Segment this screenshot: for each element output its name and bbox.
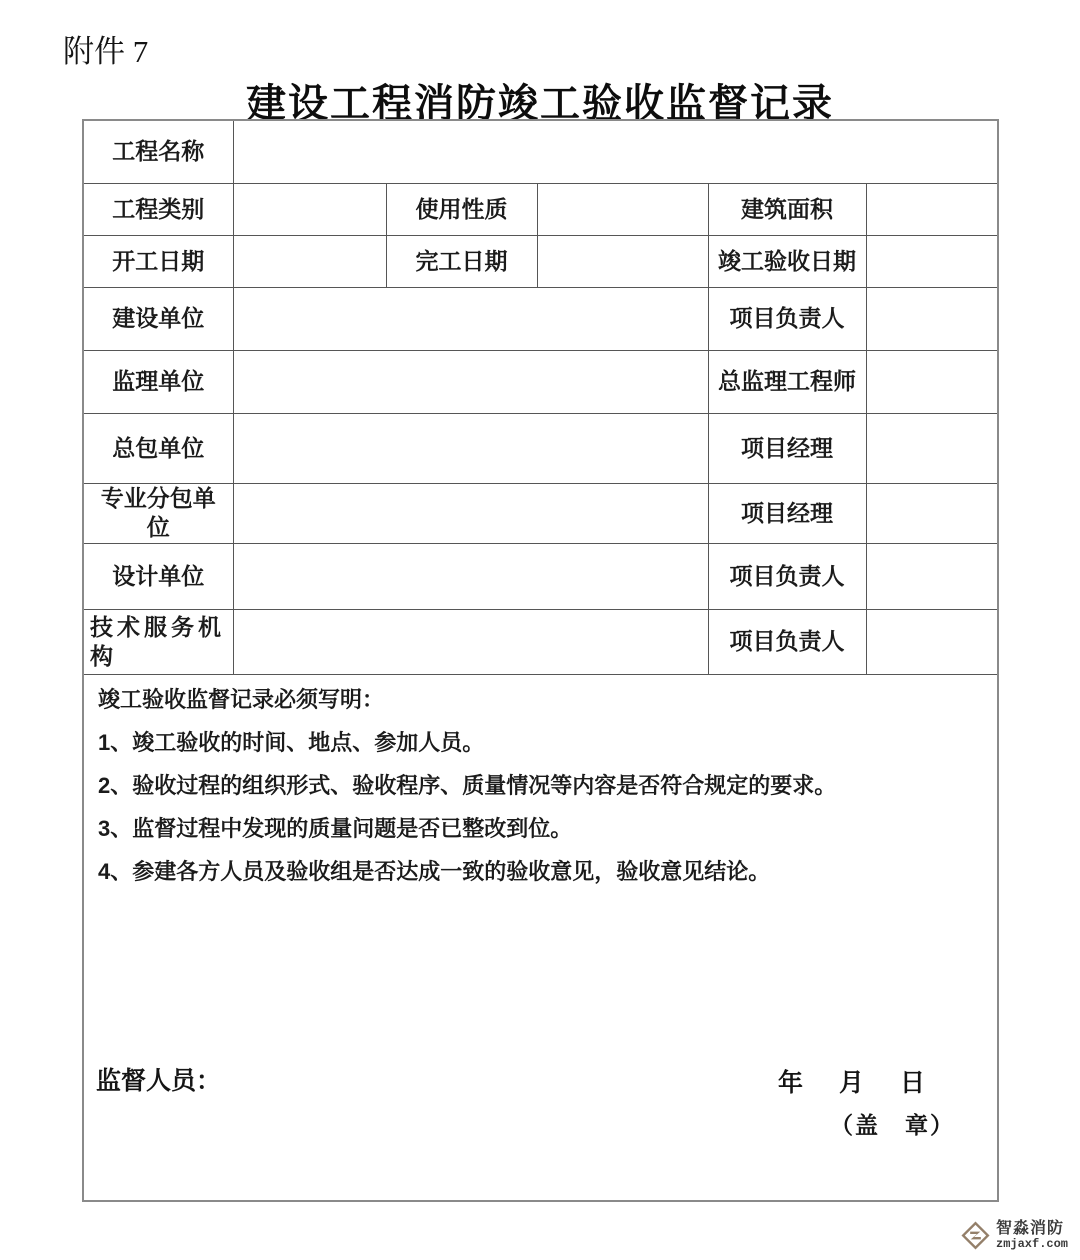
note-item-1: 1、竣工验收的时间、地点、参加人员。 [98,730,983,756]
building-area-value-cell [866,183,998,235]
date-month-label: 月 [839,1063,864,1099]
supervision-unit-value-cell [233,350,708,413]
usage-nature-label: 使用性质 [386,183,537,235]
project-leader-label: 项目负责人 [708,287,866,350]
table-row: 技术服务机构 项目负责人 [83,609,998,674]
notes-heading: 竣工验收监督记录必须写明： [98,687,983,713]
design-unit-label: 设计单位 [83,543,233,609]
table-row: 建设单位 项目负责人 [83,287,998,350]
start-date-label: 开工日期 [83,235,233,287]
watermark-text: 智淼消防 zmjaxf.com [996,1221,1068,1250]
design-leader-label: 项目负责人 [708,543,866,609]
note-item-4: 4、参建各方人员及验收组是否达成一致的验收意见，验收意见结论。 [98,859,983,885]
supervision-unit-label: 监理单位 [83,350,233,413]
table-row: 开工日期 完工日期 竣工验收日期 [83,235,998,287]
supervisor-label: 监督人员： [96,1061,221,1097]
note-item-2: 2、验收过程的组织形式、验收程序、质量情况等内容是否符合规定的要求。 [98,773,983,799]
project-name-value-cell [233,120,998,183]
building-area-label: 建筑面积 [708,183,866,235]
table-row: 工程名称 [83,120,998,183]
subcontractor-label: 专业分包单位 [83,483,233,543]
project-category-value-cell [233,183,386,235]
usage-nature-value-cell [537,183,708,235]
design-leader-value-cell [866,543,998,609]
note-item-3: 3、监督过程中发现的质量问题是否已整改到位。 [98,816,983,842]
subcontractor-value-cell [233,483,708,543]
date-line: 年 月 日 [778,1063,925,1099]
brand-site: zmjaxf.com [996,1238,1068,1251]
table-row: 监理单位 总监理工程师 [83,350,998,413]
notes-cell: 竣工验收监督记录必须写明： 1、竣工验收的时间、地点、参加人员。 2、验收过程的… [83,674,998,1201]
tech-service-leader-value-cell [866,609,998,674]
brand-diamond-icon [960,1220,991,1251]
general-contractor-label: 总包单位 [83,413,233,483]
tech-service-label: 技术服务机构 [83,609,233,674]
construction-unit-value-cell [233,287,708,350]
acceptance-date-value-cell [866,235,998,287]
start-date-value-cell [233,235,386,287]
acceptance-record-table: 工程名称 工程类别 使用性质 建筑面积 开工日期 完工日期 竣工验收日期 建设 [82,119,999,1202]
document-page: 附件 7 建设工程消防竣工验收监督记录 工程名称 工程类别 使用性质 建筑面积 … [0,0,1080,1260]
tech-service-leader-label: 项目负责人 [708,609,866,674]
table-row: 专业分包单位 项目经理 [83,483,998,543]
watermark: 智淼消防 zmjaxf.com [960,1220,1068,1251]
table-row: 工程类别 使用性质 建筑面积 [83,183,998,235]
project-leader-value-cell [866,287,998,350]
date-year-label: 年 [778,1063,803,1099]
construction-unit-label: 建设单位 [83,287,233,350]
general-contractor-value-cell [233,413,708,483]
tech-service-value-cell [233,609,708,674]
design-unit-value-cell [233,543,708,609]
completion-date-value-cell [537,235,708,287]
date-day-label: 日 [900,1063,925,1099]
contractor-project-manager-value-cell [866,413,998,483]
chief-supervision-engineer-value-cell [866,350,998,413]
chief-supervision-engineer-label: 总监理工程师 [708,350,866,413]
attachment-number: 附件 7 [63,26,148,71]
seal-placeholder: （盖 章） [830,1107,955,1140]
project-name-label: 工程名称 [83,120,233,183]
project-category-label: 工程类别 [83,183,233,235]
table-row: 设计单位 项目负责人 [83,543,998,609]
contractor-project-manager-label: 项目经理 [708,413,866,483]
acceptance-date-label: 竣工验收日期 [708,235,866,287]
table-row: 竣工验收监督记录必须写明： 1、竣工验收的时间、地点、参加人员。 2、验收过程的… [83,674,998,1201]
subcontractor-manager-value-cell [866,483,998,543]
brand-name: 智淼消防 [996,1221,1068,1238]
table-row: 总包单位 项目经理 [83,413,998,483]
subcontractor-manager-label: 项目经理 [708,483,866,543]
completion-date-label: 完工日期 [386,235,537,287]
